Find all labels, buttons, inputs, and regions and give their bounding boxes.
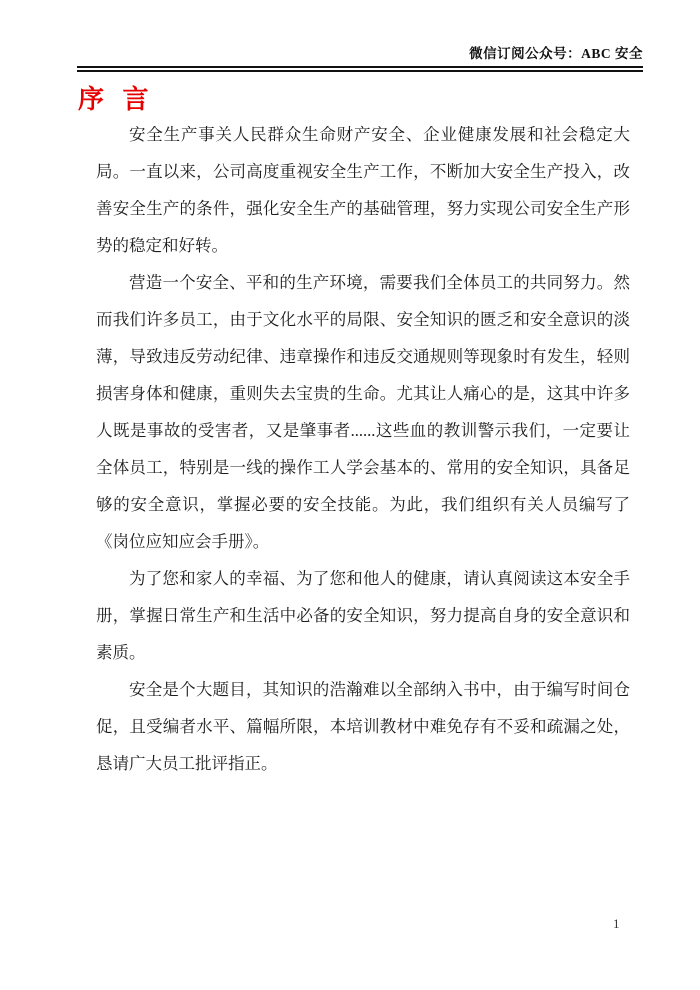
paragraph-1: 安全生产事关人民群众生命财产安全、企业健康发展和社会稳定大局。一直以来，公司高度… bbox=[96, 116, 630, 264]
document-page: 微信订阅公众号：ABC 安全 序 言 安全生产事关人民群众生命财产安全、企业健康… bbox=[0, 0, 700, 990]
page-number: 1 bbox=[613, 916, 620, 932]
page-title: 序 言 bbox=[78, 84, 700, 116]
header-rule bbox=[77, 66, 643, 72]
paragraph-3: 为了您和家人的幸福、为了您和他人的健康，请认真阅读这本安全手册，掌握日常生产和生… bbox=[96, 560, 630, 671]
header-text: 微信订阅公众号：ABC 安全 bbox=[469, 46, 643, 61]
document-body: 安全生产事关人民群众生命财产安全、企业健康发展和社会稳定大局。一直以来，公司高度… bbox=[96, 116, 630, 782]
page-header: 微信订阅公众号：ABC 安全 bbox=[77, 44, 643, 63]
paragraph-2: 营造一个安全、平和的生产环境，需要我们全体员工的共同努力。然而我们许多员工，由于… bbox=[96, 264, 630, 560]
paragraph-4: 安全是个大题目，其知识的浩瀚难以全部纳入书中，由于编写时间仓促，且受编者水平、篇… bbox=[96, 671, 630, 782]
